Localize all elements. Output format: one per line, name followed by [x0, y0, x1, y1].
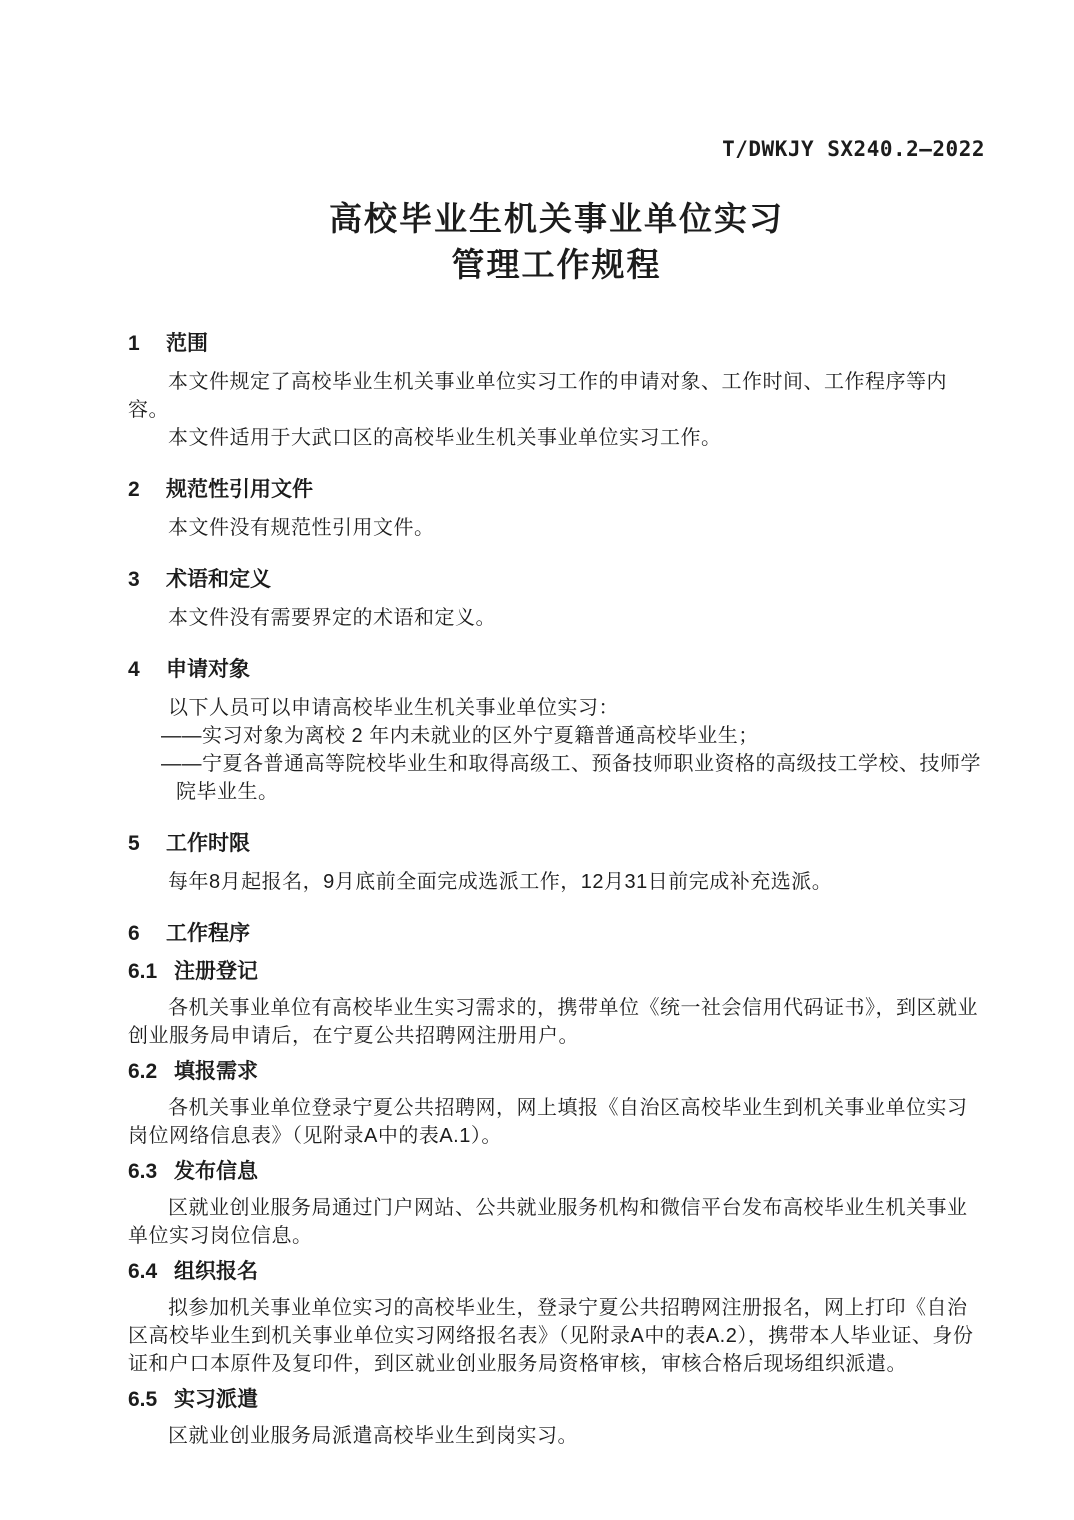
paragraph: 区就业创业服务局派遣高校毕业生到岗实习。 [128, 1422, 985, 1450]
subsection-heading: 6.1注册登记 [128, 958, 985, 986]
subsection-heading: 6.3发布信息 [128, 1158, 985, 1186]
subsection-title: 发布信息 [174, 1160, 258, 1183]
subsection-heading: 6.5实习派遣 [128, 1386, 985, 1414]
section-5-time-limit: 5工作时限 每年8月起报名，9月底前全面完成选派工作，12月31日前完成补充选派… [128, 830, 985, 896]
document-page: T/DWKJY SX240.2—2022 高校毕业生机关事业单位实习 管理工作规… [0, 0, 1074, 1520]
paragraph: 本文件没有规范性引用文件。 [128, 514, 985, 542]
paragraph: 每年8月起报名，9月底前全面完成选派工作，12月31日前完成补充选派。 [128, 868, 985, 896]
section-number: 1 [128, 330, 166, 358]
section-title: 工作时限 [166, 832, 250, 855]
dash-list-item: ——实习对象为离校 2 年内未就业的区外宁夏籍普通高校毕业生； [161, 722, 985, 750]
subsection-title: 组织报名 [174, 1260, 258, 1283]
section-title: 工作程序 [166, 922, 250, 945]
section-4-applicants: 4申请对象 以下人员可以申请高校毕业生机关事业单位实习： ——实习对象为离校 2… [128, 656, 985, 806]
subsection-number: 6.4 [128, 1258, 174, 1286]
subsection-number: 6.2 [128, 1058, 174, 1086]
subsection-heading: 6.2填报需求 [128, 1058, 985, 1086]
section-heading: 1范围 [128, 330, 985, 358]
subsection-6-4-sign-up: 6.4组织报名 拟参加机关事业单位实习的高校毕业生，登录宁夏公共招聘网注册报名，… [128, 1258, 985, 1378]
subsection-6-1-registration: 6.1注册登记 各机关事业单位有高校毕业生实习需求的，携带单位《统一社会信用代码… [128, 958, 985, 1050]
section-heading: 6工作程序 [128, 920, 985, 948]
paragraph: 各机关事业单位登录宁夏公共招聘网，网上填报《自治区高校毕业生到机关事业单位实习岗… [128, 1094, 985, 1150]
section-6-work-procedure: 6工作程序 6.1注册登记 各机关事业单位有高校毕业生实习需求的，携带单位《统一… [128, 920, 985, 1450]
section-number: 6 [128, 920, 166, 948]
title-line-1: 高校毕业生机关事业单位实习 [128, 196, 985, 242]
section-title: 申请对象 [166, 658, 250, 681]
section-2-normative-references: 2规范性引用文件 本文件没有规范性引用文件。 [128, 476, 985, 542]
subsection-number: 6.5 [128, 1386, 174, 1414]
paragraph: 各机关事业单位有高校毕业生实习需求的，携带单位《统一社会信用代码证书》，到区就业… [128, 994, 985, 1050]
subsection-6-2-demand-filing: 6.2填报需求 各机关事业单位登录宁夏公共招聘网，网上填报《自治区高校毕业生到机… [128, 1058, 985, 1150]
paragraph: 本文件没有需要界定的术语和定义。 [128, 604, 985, 632]
dash-list-item: ——宁夏各普通高等院校毕业生和取得高级工、预备技师职业资格的高级技工学校、技师学… [161, 750, 985, 806]
section-heading: 3术语和定义 [128, 566, 985, 594]
subsection-6-3-information-release: 6.3发布信息 区就业创业服务局通过门户网站、公共就业服务机构和微信平台发布高校… [128, 1158, 985, 1250]
paragraph: 本文件适用于大武口区的高校毕业生机关事业单位实习工作。 [128, 424, 985, 452]
paragraph: 本文件规定了高校毕业生机关事业单位实习工作的申请对象、工作时间、工作程序等内容。 [128, 368, 985, 424]
subsection-number: 6.3 [128, 1158, 174, 1186]
subsection-title: 填报需求 [174, 1060, 258, 1083]
paragraph: 区就业创业服务局通过门户网站、公共就业服务机构和微信平台发布高校毕业生机关事业单… [128, 1194, 985, 1250]
section-number: 2 [128, 476, 166, 504]
subsection-heading: 6.4组织报名 [128, 1258, 985, 1286]
section-1-scope: 1范围 本文件规定了高校毕业生机关事业单位实习工作的申请对象、工作时间、工作程序… [128, 330, 985, 452]
title-line-2: 管理工作规程 [128, 242, 985, 288]
section-3-terms-definitions: 3术语和定义 本文件没有需要界定的术语和定义。 [128, 566, 985, 632]
subsection-title: 注册登记 [174, 960, 258, 983]
section-title: 术语和定义 [166, 568, 271, 591]
paragraph: 以下人员可以申请高校毕业生机关事业单位实习： [128, 694, 985, 722]
subsection-number: 6.1 [128, 958, 174, 986]
section-number: 5 [128, 830, 166, 858]
subsection-6-5-dispatch: 6.5实习派遣 区就业创业服务局派遣高校毕业生到岗实习。 [128, 1386, 985, 1450]
paragraph: 拟参加机关事业单位实习的高校毕业生，登录宁夏公共招聘网注册报名，网上打印《自治区… [128, 1294, 985, 1378]
document-title: 高校毕业生机关事业单位实习 管理工作规程 [128, 196, 985, 288]
section-title: 范围 [166, 332, 208, 355]
section-heading: 5工作时限 [128, 830, 985, 858]
section-number: 4 [128, 656, 166, 684]
section-heading: 2规范性引用文件 [128, 476, 985, 504]
subsection-title: 实习派遣 [174, 1388, 258, 1411]
section-number: 3 [128, 566, 166, 594]
section-title: 规范性引用文件 [166, 478, 313, 501]
doc-number: T/DWKJY SX240.2—2022 [128, 136, 985, 162]
section-heading: 4申请对象 [128, 656, 985, 684]
